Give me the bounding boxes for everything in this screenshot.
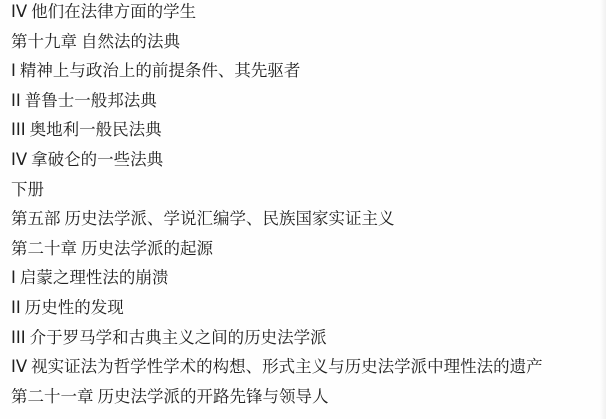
entry-number: I <box>11 61 16 80</box>
toc-entry: IV他们在法律方面的学生 <box>11 0 543 30</box>
entry-title: 奥地利一般民法典 <box>30 120 162 139</box>
chapter-number: 第十九章 <box>11 32 77 51</box>
toc-entry: II普鲁士一般邦法典 <box>11 89 543 119</box>
entry-title: 普鲁士一般邦法典 <box>25 91 157 110</box>
part-title: 历史法学派、学说汇编学、民族国家实证主义 <box>65 209 395 228</box>
entry-number: III <box>11 328 26 347</box>
entry-title: 历史性的发现 <box>25 298 124 317</box>
entry-title: 启蒙之理性法的崩溃 <box>20 268 169 287</box>
toc-entry: IV视实证法为哲学性学术的构想、形式主义与历史法学派中理性法的遗产 <box>11 355 543 385</box>
entry-number: II <box>11 298 21 317</box>
volume-heading: 下册 <box>11 178 543 208</box>
table-of-contents: IV他们在法律方面的学生 第十九章自然法的法典 I精神上与政治上的前提条件、其先… <box>11 0 543 414</box>
chapter-number: 第二十一章 <box>11 387 94 406</box>
chapter-title: 历史法学派的开路先锋与领导人 <box>98 387 329 406</box>
chapter-heading: 第二十章历史法学派的起源 <box>11 237 543 267</box>
page-edge-shadow <box>600 0 606 419</box>
entry-number: I <box>11 268 16 287</box>
part-number: 第五部 <box>11 209 61 228</box>
entry-number: IV <box>11 150 27 169</box>
part-heading: 第五部历史法学派、学说汇编学、民族国家实证主义 <box>11 207 543 237</box>
chapter-heading: 第十九章自然法的法典 <box>11 30 543 60</box>
entry-number: II <box>11 91 21 110</box>
chapter-title: 历史法学派的起源 <box>81 239 213 258</box>
toc-entry: I启蒙之理性法的崩溃 <box>11 266 543 296</box>
toc-entry: IV拿破仑的一些法典 <box>11 148 543 178</box>
toc-entry: III奥地利一般民法典 <box>11 118 543 148</box>
volume-title: 下册 <box>11 180 44 199</box>
chapter-number: 第二十章 <box>11 239 77 258</box>
document-page: IV他们在法律方面的学生 第十九章自然法的法典 I精神上与政治上的前提条件、其先… <box>0 0 606 419</box>
entry-title: 介于罗马学和古典主义之间的历史法学派 <box>30 328 327 347</box>
entry-title: 他们在法律方面的学生 <box>31 2 196 21</box>
entry-title: 精神上与政治上的前提条件、其先驱者 <box>20 61 301 80</box>
entry-number: IV <box>11 2 27 21</box>
toc-entry: I精神上与政治上的前提条件、其先驱者 <box>11 59 543 89</box>
toc-entry: II历史性的发现 <box>11 296 543 326</box>
entry-title: 视实证法为哲学性学术的构想、形式主义与历史法学派中理性法的遗产 <box>31 357 543 376</box>
chapter-heading: 第二十一章历史法学派的开路先锋与领导人 <box>11 385 543 415</box>
chapter-title: 自然法的法典 <box>81 32 180 51</box>
toc-entry: III介于罗马学和古典主义之间的历史法学派 <box>11 326 543 356</box>
entry-number: III <box>11 120 26 139</box>
entry-title: 拿破仑的一些法典 <box>31 150 163 169</box>
entry-number: IV <box>11 357 27 376</box>
